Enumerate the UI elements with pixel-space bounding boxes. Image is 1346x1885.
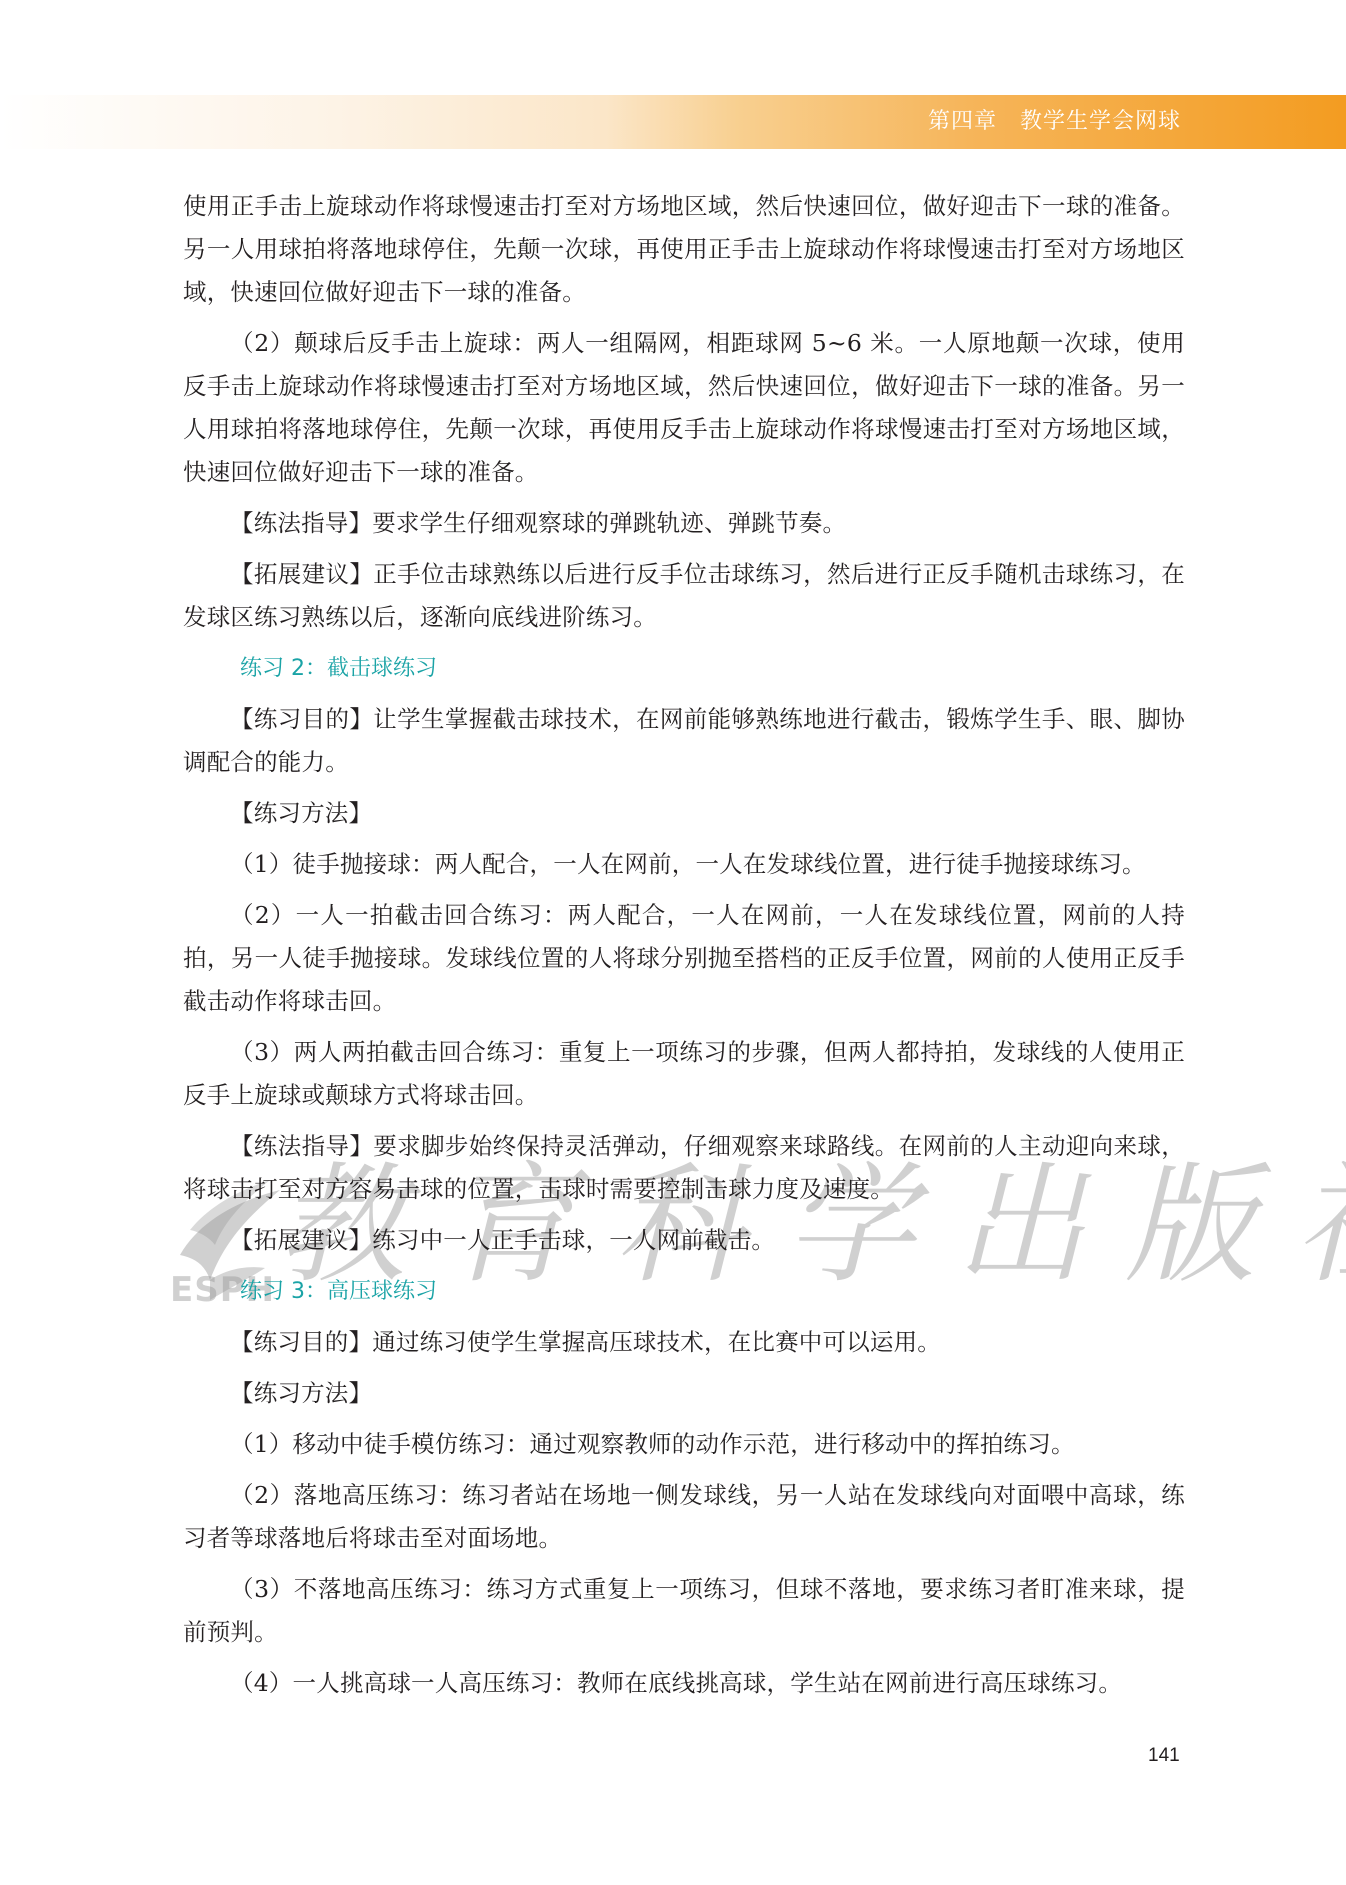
chapter-title: 第四章 教学生学会网球: [928, 95, 1181, 149]
paragraph: （3）两人两拍截击回合练习：重复上一项练习的步骤，但两人都持拍，发球线的人使用正…: [183, 1031, 1185, 1117]
page-body: 使用正手击上旋球动作将球慢速击打至对方场地区域，然后快速回位，做好迎击下一球的准…: [183, 185, 1185, 1713]
paragraph: （1）移动中徒手模仿练习：通过观察教师的动作示范，进行移动中的挥拍练习。: [183, 1423, 1185, 1466]
paragraph: （2）一人一拍截击回合练习：两人配合，一人在网前，一人在发球线位置，网前的人持拍…: [183, 894, 1185, 1023]
paragraph: 【练习目的】让学生掌握截击球技术，在网前能够熟练地进行截击，锻炼学生手、眼、脚协…: [183, 698, 1185, 784]
paragraph: 【练习方法】: [183, 1372, 1185, 1415]
paragraph: 【拓展建议】练习中一人正手击球，一人网前截击。: [183, 1219, 1185, 1262]
chapter-header-band: 第四章 教学生学会网球: [0, 95, 1346, 149]
paragraph: 【练法指导】要求学生仔细观察球的弹跳轨迹、弹跳节奏。: [183, 502, 1185, 545]
page-number: 141: [1148, 1745, 1180, 1767]
paragraph: 【练习方法】: [183, 792, 1185, 835]
paragraph: （1）徒手抛接球：两人配合，一人在网前，一人在发球线位置，进行徒手抛接球练习。: [183, 843, 1185, 886]
section-heading: 练习 3：高压球练习: [183, 1270, 1185, 1313]
paragraph: 【拓展建议】正手位击球熟练以后进行反手位击球练习，然后进行正反手随机击球练习，在…: [183, 553, 1185, 639]
paragraph: （3）不落地高压练习：练习方式重复上一项练习，但球不落地，要求练习者盯准来球，提…: [183, 1568, 1185, 1654]
paragraph: （4）一人挑高球一人高压练习：教师在底线挑高球，学生站在网前进行高压球练习。: [183, 1662, 1185, 1705]
paragraph: （2）颠球后反手击上旋球：两人一组隔网，相距球网 5~6 米。一人原地颠一次球，…: [183, 322, 1185, 494]
paragraph: 【练习目的】通过练习使学生掌握高压球技术，在比赛中可以运用。: [183, 1321, 1185, 1364]
section-heading: 练习 2：截击球练习: [183, 647, 1185, 690]
paragraph: 使用正手击上旋球动作将球慢速击打至对方场地区域，然后快速回位，做好迎击下一球的准…: [183, 185, 1185, 314]
paragraph: （2）落地高压练习：练习者站在场地一侧发球线，另一人站在发球线向对面喂中高球，练…: [183, 1474, 1185, 1560]
paragraph: 【练法指导】要求脚步始终保持灵活弹动，仔细观察来球路线。在网前的人主动迎向来球，…: [183, 1125, 1185, 1211]
